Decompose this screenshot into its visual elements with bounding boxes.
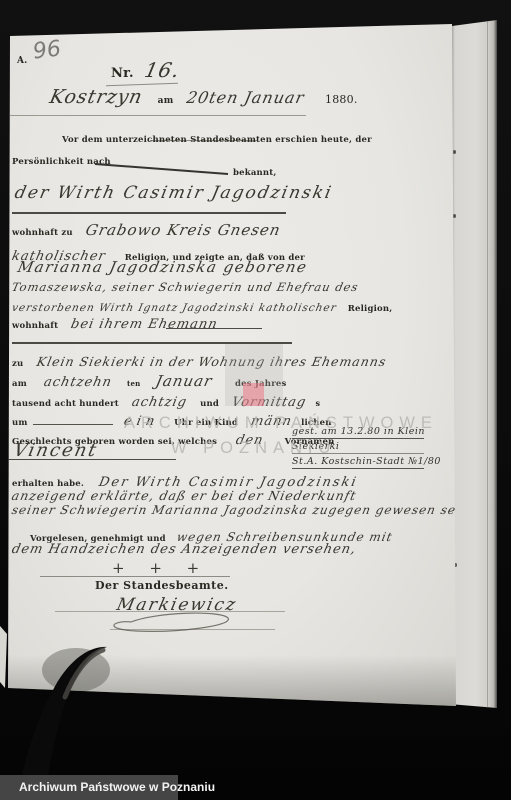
dateline-year: 1880. — [325, 93, 358, 106]
persoenlichkeit-label: Persönlichkeit nach — [12, 157, 111, 167]
wohnhaft2-hand: bei ihrem Ehemann — [70, 317, 220, 332]
record-number: Nr. 16. — [111, 58, 180, 82]
birth-decade: achtzig — [130, 395, 188, 410]
declarant-name: der Wirth Casimir Jagodzinski — [13, 183, 335, 203]
childname-underline — [8, 459, 176, 460]
archive-photo: A. 96 Nr. 16. Kostrzyn am 20ten Januar 1… — [0, 0, 511, 800]
page-stack-edge — [449, 18, 497, 710]
closing-hand3: seiner Schwiegerin Marianna Jagodzinska … — [11, 503, 468, 517]
dateline-date: 20ten Januar — [185, 88, 306, 107]
tausend-label: tausend acht hundert — [12, 399, 119, 409]
pen-shadow — [42, 648, 110, 692]
dateline-rule — [6, 115, 306, 116]
declarant-rule — [12, 212, 286, 214]
mother-line2: Tomaszewska, seiner Schwiegerin und Ehef… — [11, 280, 360, 294]
scan-highlight-pink — [243, 383, 264, 406]
birth-month: Januar — [154, 372, 214, 390]
watermark-line1: ARCHIWUM PAŃSTWOWE — [124, 414, 438, 433]
am-label: am — [12, 379, 27, 389]
handzeichen-crosses: + + + — [112, 559, 209, 577]
closing-hand2: anzeigend erklärte, daß er bei der Niede… — [10, 488, 358, 503]
dateline: Kostrzyn am 20ten Januar 1880. — [50, 86, 358, 108]
und-label: und — [200, 399, 219, 409]
um-label: um — [12, 418, 28, 428]
birthplace-hand: Klein Siekierki in der Wohnung ihres Ehe… — [35, 354, 388, 369]
watermark-line2: W POZNANIU — [171, 439, 336, 458]
pencil-page-number: 96 — [32, 36, 63, 64]
page-corner-sliver — [0, 626, 7, 688]
wohnhaft-zu-label: wohnhaft zu — [12, 228, 73, 238]
page-edge-speck — [453, 214, 456, 218]
signature-rule1 — [55, 611, 285, 612]
form-letter-a: A. — [17, 56, 28, 66]
ten-label: ten — [127, 379, 140, 388]
residence-row: wohnhaft zu Grabowo Kreis Gnesen — [12, 220, 281, 239]
page-edge-line — [487, 18, 488, 710]
archive-footer-bar: Archiwum Państwowe w Poznaniu — [0, 775, 178, 800]
birthplace-row: zu Klein Siekierki in der Wohnung ihres … — [12, 351, 386, 370]
bekannt-label: bekannt, — [233, 168, 277, 178]
wohnhaft2-label: wohnhaft — [12, 321, 58, 331]
birth-day: achtzehn — [42, 375, 113, 390]
residence-value: Grabowo Kreis Gnesen — [84, 221, 282, 239]
nr-label: Nr. — [111, 66, 134, 81]
closing-hand5: dem Handzeichen des Anzeigenden versehen… — [10, 542, 357, 557]
standesbeamte-label: Der Standesbeamte. — [95, 579, 229, 592]
child-name: Vincent — [12, 440, 100, 461]
blank-filler-stroke — [95, 164, 228, 174]
dateline-am: am — [158, 96, 174, 106]
ehemann-underline — [166, 328, 262, 329]
crosses-rule — [40, 576, 230, 577]
zu-label: zu — [12, 359, 23, 369]
registrar-signature: Markiewicz — [115, 595, 239, 615]
dateline-place: Kostrzyn — [48, 86, 145, 108]
nr-value: 16. — [142, 58, 182, 82]
intro-line: Vor dem unterzeichneten Standesbeamten e… — [62, 135, 372, 145]
page-edge-speck — [453, 150, 456, 154]
religion2-print: Religion, — [348, 304, 393, 314]
blank-line — [33, 414, 113, 425]
mother-line1: Marianna Jagodzinska geborene — [16, 258, 309, 276]
mother-residence-row: wohnhaft bei ihrem Ehemann — [12, 313, 218, 332]
s-label: s — [315, 398, 320, 408]
signature-rule2 — [110, 629, 275, 630]
archive-name-label: Archiwum Państwowe w Poznaniu — [19, 780, 215, 794]
